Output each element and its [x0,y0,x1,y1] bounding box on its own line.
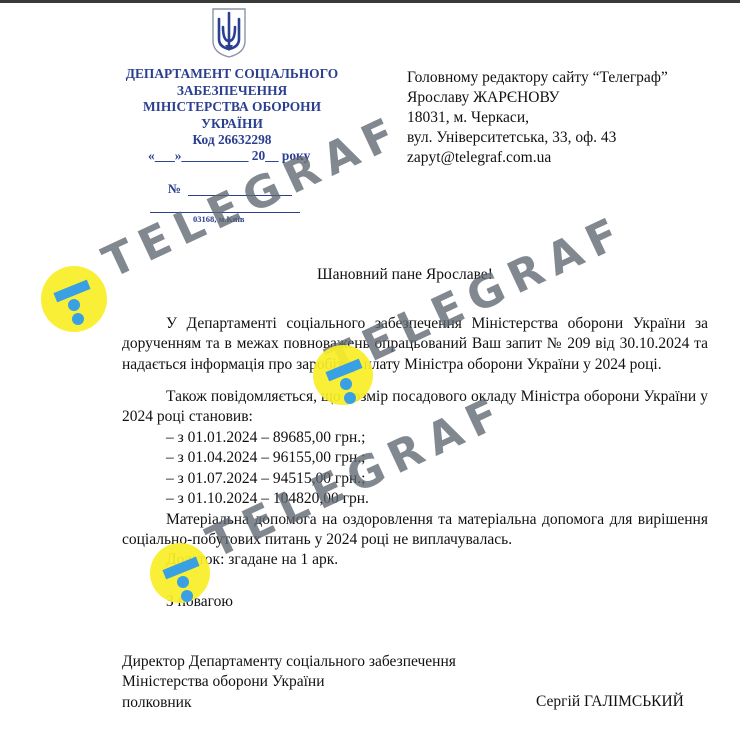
letterhead-line: ДЕПАРТАМЕНТ СОЦІАЛЬНОГО [112,66,352,83]
addressee-line: 18031, м. Черкаси, [407,108,668,128]
salutation: Шановний пане Ярославе! [317,266,493,284]
paragraph-salary-intro: Також повідомляється, що розмір посадово… [122,387,708,428]
paragraph-request: У Департаменті соціального забезпечення … [122,314,708,375]
addressee-line: Ярославу ЖАРЄНОВУ [407,88,668,108]
ukraine-trident-icon [211,7,247,59]
closing-regards: З повагою [166,593,233,611]
addressee-line: Головному редактору сайту “Телеграф” [407,68,668,88]
paragraph-text: Матеріальна допомога на оздоровлення та … [122,510,708,551]
letterhead-address: 03168, м.Київ [193,214,244,224]
letterhead-line: МІНІСТЕРСТВА ОБОРОНИ [112,99,352,116]
telegraf-logo-icon [41,266,107,332]
addressee-block: Головному редактору сайту “Телеграф” Яро… [407,68,668,168]
signature-title-line: Директор Департаменту соціального забезп… [122,652,456,672]
letterhead-number-underline [188,195,292,196]
paragraph-text: Також повідомляється, що розмір посадово… [122,387,708,428]
signature-title-line: Міністерства оборони України [122,672,456,692]
signature-title-block: Директор Департаменту соціального забезп… [122,652,456,713]
addressee-email: zapyt@telegraf.com.ua [407,148,668,168]
salary-item: – з 01.10.2024 – 104820,00 грн. [166,489,369,509]
letterhead-line: ЗАБЕЗПЕЧЕННЯ [112,83,352,100]
letterhead-code: Код 26632298 [112,132,352,149]
letterhead-date-line: «___»__________ 20__ року [148,148,310,164]
letterhead: ДЕПАРТАМЕНТ СОЦІАЛЬНОГО ЗАБЕЗПЕЧЕННЯ МІН… [112,66,352,149]
letterhead-line: УКРАЇНИ [112,116,352,133]
salary-item: – з 01.07.2024 – 94515,00 грн.; [166,469,369,489]
signature-rank: полковник [122,693,456,713]
letterhead-number-label: № [168,181,181,197]
signatory-name: Сергій ГАЛІМСЬКИЙ [536,693,684,711]
salary-item: – з 01.04.2024 – 96155,00 грн.; [166,448,369,468]
paragraph-aid: Матеріальна допомога на оздоровлення та … [122,510,708,551]
paragraph-text: У Департаменті соціального забезпечення … [122,314,708,375]
top-border [0,0,740,3]
addressee-line: вул. Університетська, 33, оф. 43 [407,128,668,148]
attachment-note: Додаток: згадане на 1 арк. [166,551,338,569]
salary-item: – з 01.01.2024 – 89685,00 грн.; [166,428,369,448]
salary-list: – з 01.01.2024 – 89685,00 грн.; – з 01.0… [166,428,369,510]
letterhead-divider [150,212,300,213]
